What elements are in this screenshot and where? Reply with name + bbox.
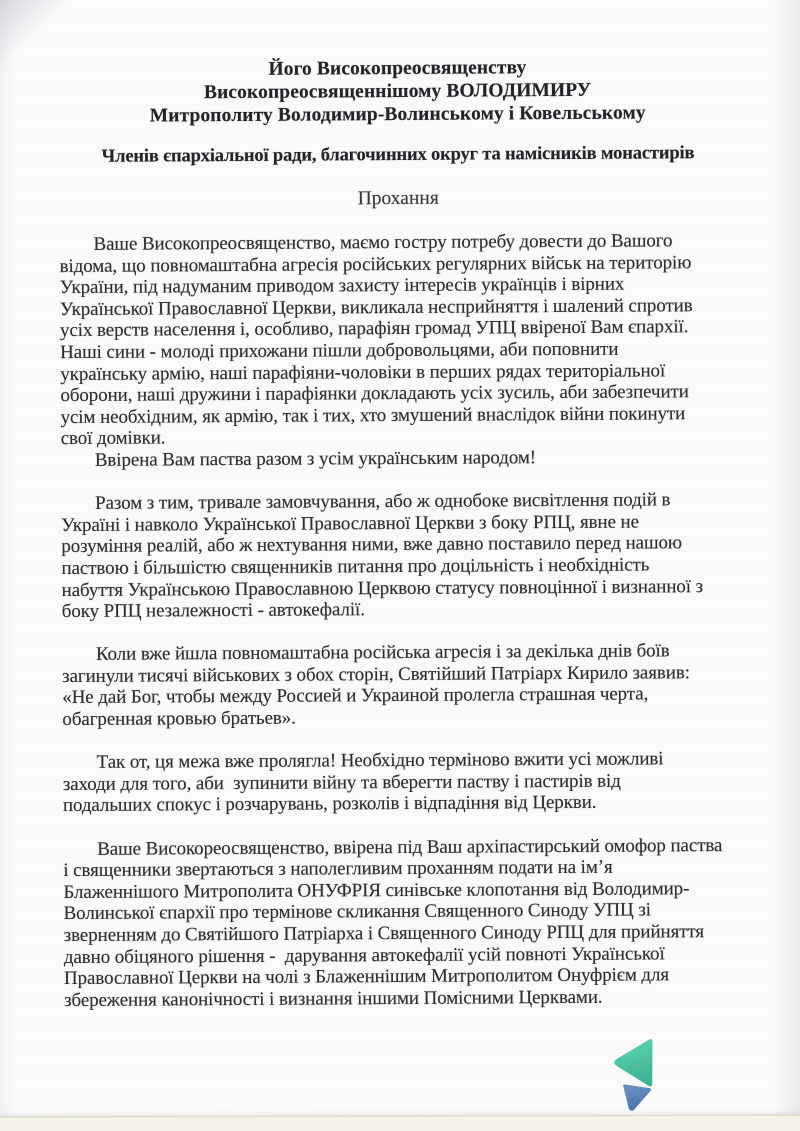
watermark-top-triangle: [614, 1039, 652, 1086]
publisher-logo-icon: [611, 1038, 657, 1115]
paragraph: Ваше Високореосвященство, ввірена під Ва…: [63, 835, 742, 1012]
text-line: боку РПЦ незалежності - автокефалії.: [62, 597, 740, 623]
text-line: Православної Церкви на чолі з Блаженніши…: [64, 964, 742, 990]
paragraph: Так от, ця межа вже пролягла! Необхідно …: [63, 748, 741, 817]
text-line: усіх верств населення і, особливо, параф…: [60, 316, 738, 342]
scanned-letter-page: Його Високопреосвященству Високопреосвящ…: [0, 0, 800, 1131]
scan-left-edge-shadow: [0, 0, 14, 1131]
paragraph: Коли вже йшла повномаштабна російська аг…: [62, 640, 741, 731]
paragraph: Ваше Високопреосвященство, маємо гостру …: [59, 230, 738, 472]
recipient-line: Митрополиту Володимир-Волинському і Кове…: [59, 101, 737, 128]
scanner-bed-edge: [0, 1114, 800, 1131]
paragraph: Разом з тим, тривале замовчування, або ж…: [61, 489, 740, 623]
text-line: подальших спокус і розчарувань, розколів…: [63, 791, 741, 817]
body-paragraphs: Ваше Високопреосвященство, маємо гостру …: [59, 230, 742, 1012]
text-line: Так от, ця межа вже пролягла! Необхідно …: [63, 748, 741, 774]
text-line: Ваше Високореосвященство, ввірена під Ва…: [63, 835, 741, 861]
text-line: збереження канонічності і визнання іншим…: [64, 986, 742, 1012]
text-line: «Не дай Бог, чтобы между Россией и Украи…: [62, 683, 740, 709]
text-line: відома, що повномаштабна агресія російсь…: [60, 252, 738, 278]
recipient-block: Його Високопреосвященству Високопреосвящ…: [58, 55, 736, 128]
scan-right-edge-shadow: [772, 0, 800, 1131]
document-title: Прохання: [59, 185, 737, 212]
letter-content: Його Високопреосвященству Високопреосвящ…: [58, 0, 742, 1011]
text-line: обагренная кровью братьев».: [62, 705, 740, 731]
text-line: усім необхідним, як армію, так і тих, хт…: [60, 403, 738, 429]
text-line: набуття Українською Православною Церквою…: [62, 575, 740, 601]
watermark-bottom-triangle: [623, 1084, 651, 1110]
text-line: Ввірена Вам паства разом з усім українсь…: [61, 446, 739, 472]
sender-line: Членів єпархіальної ради, благочинних ок…: [59, 141, 737, 168]
